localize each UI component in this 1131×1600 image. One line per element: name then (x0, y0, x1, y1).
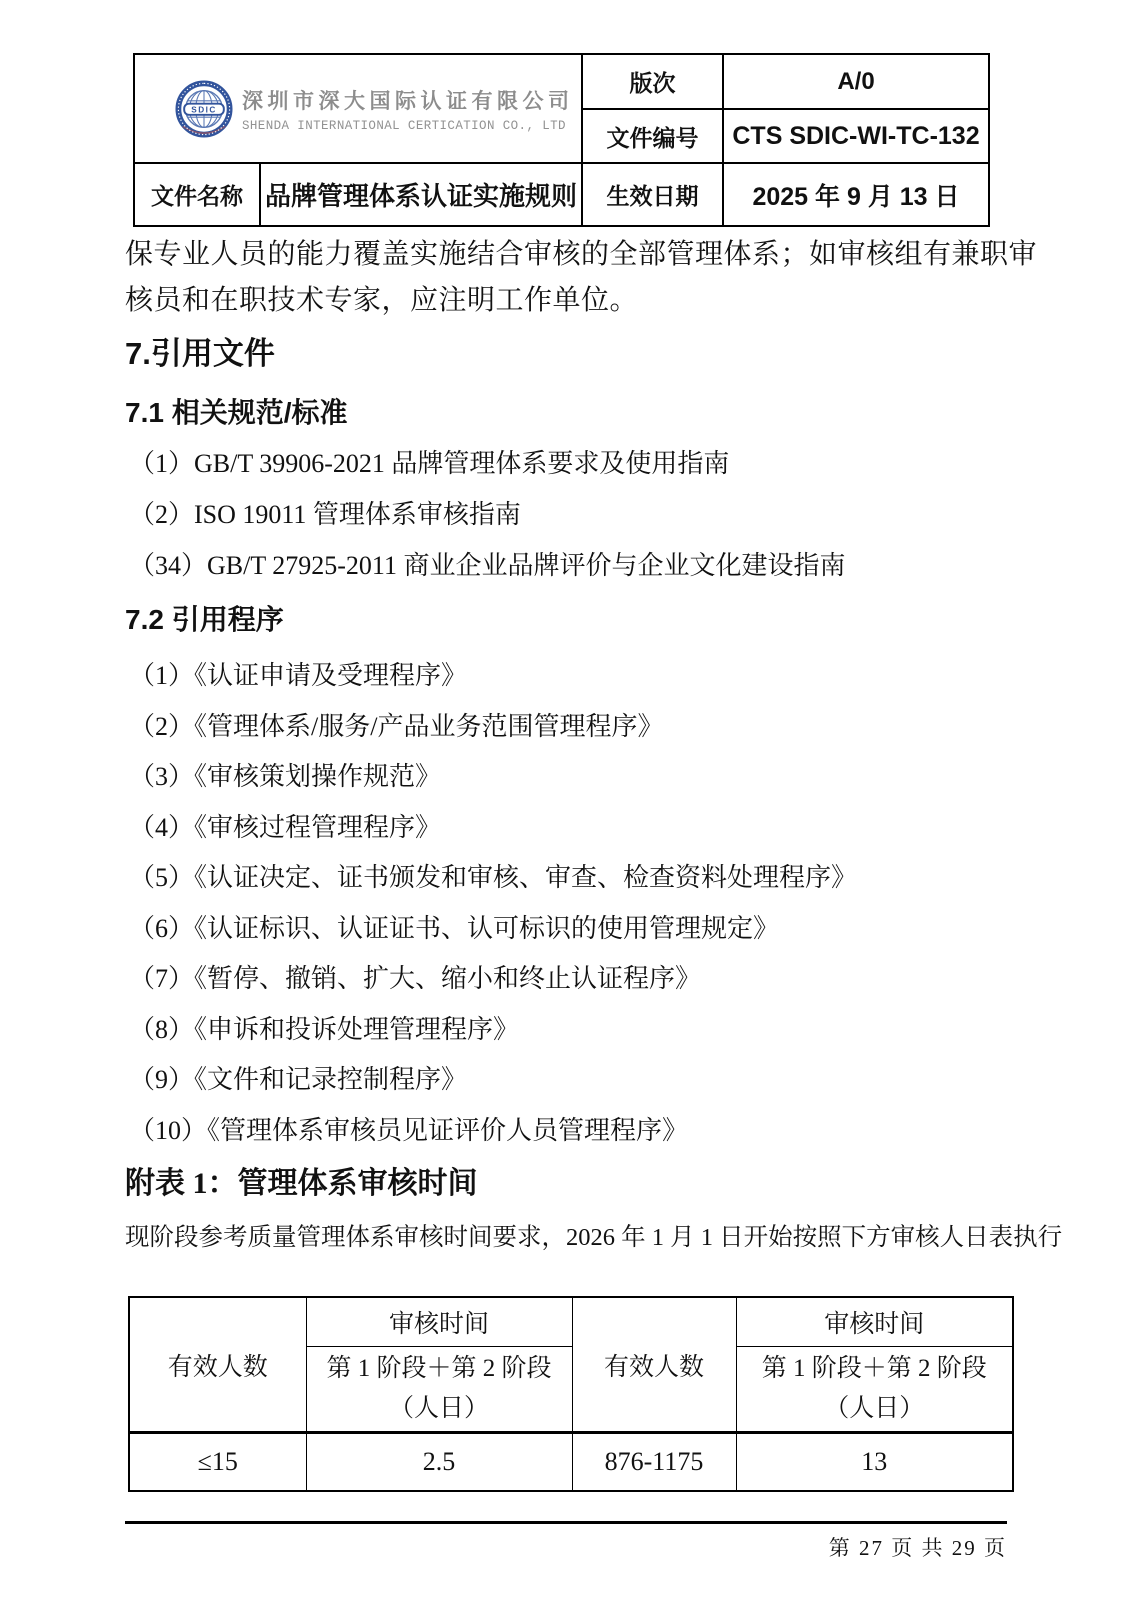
procedures-list-item: （5）《认证决定、证书颁发和审核、审查、检查资料处理程序》 (129, 853, 1006, 904)
doc-name-label: 文件名称 (135, 162, 259, 225)
doc-number-value: CTS SDIC-WI-TC-132 (722, 108, 988, 162)
audit-table-cell: ≤15 (129, 1433, 306, 1492)
section-7-2-heading: 7.2 引用程序 (125, 601, 1006, 639)
section-7-heading: 7.引用文件 (125, 334, 1006, 374)
procedures-list: （1）《认证申请及受理程序》（2）《管理体系/服务/产品业务范围管理程序》（3）… (125, 651, 1006, 1156)
audit-table-cell: 876-1175 (572, 1433, 736, 1492)
company-name-block: 深圳市深大国际认证有限公司 SHENDA INTERNATIONAL CERTI… (242, 85, 574, 133)
standards-list-item: （34）GB/T 27925-2011 商业企业品牌评价与企业文化建设指南 (129, 540, 1006, 591)
procedures-list-item: （2）《管理体系/服务/产品业务范围管理程序》 (129, 702, 1006, 753)
procedures-list-item: （10）《管理体系审核员见证评价人员管理程序》 (129, 1106, 1006, 1157)
audit-time-header-right: 审核时间 (736, 1297, 1013, 1347)
company-name-cn: 深圳市深大国际认证有限公司 (242, 85, 574, 115)
version-label: 版次 (581, 55, 722, 108)
document-body: 保专业人员的能力覆盖实施结合审核的全部管理体系；如审核组有兼职审核员和在职技术专… (125, 232, 1006, 1492)
stage-header-line2: （人日） (307, 1389, 572, 1429)
stage-header-line2: （人日） (737, 1389, 1013, 1429)
procedures-list-item: （9）《文件和记录控制程序》 (129, 1055, 1006, 1106)
stage-header-line1: 第 1 阶段＋第 2 阶段 (737, 1349, 1013, 1389)
effective-date-value: 2025 年 9 月 13 日 (722, 162, 988, 225)
audit-time-header-left: 审核时间 (306, 1297, 572, 1347)
stage-header-left: 第 1 阶段＋第 2 阶段 （人日） (306, 1347, 572, 1433)
section-7-1-heading: 7.1 相关规范/标准 (125, 394, 1006, 432)
stage-header-right: 第 1 阶段＋第 2 阶段 （人日） (736, 1347, 1013, 1433)
effective-date-label: 生效日期 (581, 162, 722, 225)
audit-table-cell: 2.5 (306, 1433, 572, 1492)
page-number: 第 27 页 共 29 页 (125, 1532, 1007, 1562)
procedures-list-item: （1）《认证申请及受理程序》 (129, 651, 1006, 702)
company-name-en: SHENDA INTERNATIONAL CERTICATION CO., LT… (242, 119, 574, 133)
intro-line: 保专业人员的能力覆盖实施结合审核的全部管理体系；如审核组有兼职审 (125, 232, 1006, 278)
intro-line: 核员和在职技术专家，应注明工作单位。 (125, 278, 1006, 324)
stage-header-line1: 第 1 阶段＋第 2 阶段 (307, 1349, 572, 1389)
intro-paragraph: 保专业人员的能力覆盖实施结合审核的全部管理体系；如审核组有兼职审核员和在职技术专… (125, 232, 1006, 324)
audit-table-cell: 13 (736, 1433, 1013, 1492)
doc-name-value: 品牌管理体系认证实施规则 (259, 162, 581, 225)
doc-number-label: 文件编号 (581, 108, 722, 162)
procedures-list-item: （6）《认证标识、认证证书、认可标识的使用管理规定》 (129, 904, 1006, 955)
effective-people-header-left: 有效人数 (129, 1297, 306, 1433)
audit-table-data-row: ≤152.5876-117513 (129, 1433, 1013, 1492)
logo-cell: SDIC 深圳市深大国际认证有限公司 SHENDA INTERNATIONAL … (135, 55, 581, 162)
version-value: A/0 (722, 55, 988, 108)
standards-list: （1）GB/T 39906-2021 品牌管理体系要求及使用指南（2）ISO 1… (125, 438, 1006, 591)
doc-header-table: SDIC 深圳市深大国际认证有限公司 SHENDA INTERNATIONAL … (133, 53, 990, 227)
company-logo-icon: SDIC (175, 80, 233, 138)
appendix-note: 现阶段参考质量管理体系审核时间要求，2026 年 1 月 1 日开始按照下方审核… (125, 1222, 1006, 1254)
appendix-1-heading: 附表 1：管理体系审核时间 (125, 1164, 1006, 1204)
effective-people-header-right: 有效人数 (572, 1297, 736, 1433)
procedures-list-item: （8）《申诉和投诉处理管理程序》 (129, 1005, 1006, 1056)
procedures-list-item: （4）《审核过程管理程序》 (129, 803, 1006, 854)
footer-divider (125, 1521, 1007, 1524)
procedures-list-item: （7）《暂停、撤销、扩大、缩小和终止认证程序》 (129, 954, 1006, 1005)
standards-list-item: （1）GB/T 39906-2021 品牌管理体系要求及使用指南 (129, 438, 1006, 489)
standards-list-item: （2）ISO 19011 管理体系审核指南 (129, 489, 1006, 540)
procedures-list-item: （3）《审核策划操作规范》 (129, 752, 1006, 803)
logo-badge-text: SDIC (191, 105, 216, 114)
document-page: SDIC 深圳市深大国际认证有限公司 SHENDA INTERNATIONAL … (0, 0, 1131, 1600)
audit-time-table: 有效人数 审核时间 有效人数 审核时间 第 1 阶段＋第 2 阶段 （人日） 第… (128, 1296, 1014, 1492)
